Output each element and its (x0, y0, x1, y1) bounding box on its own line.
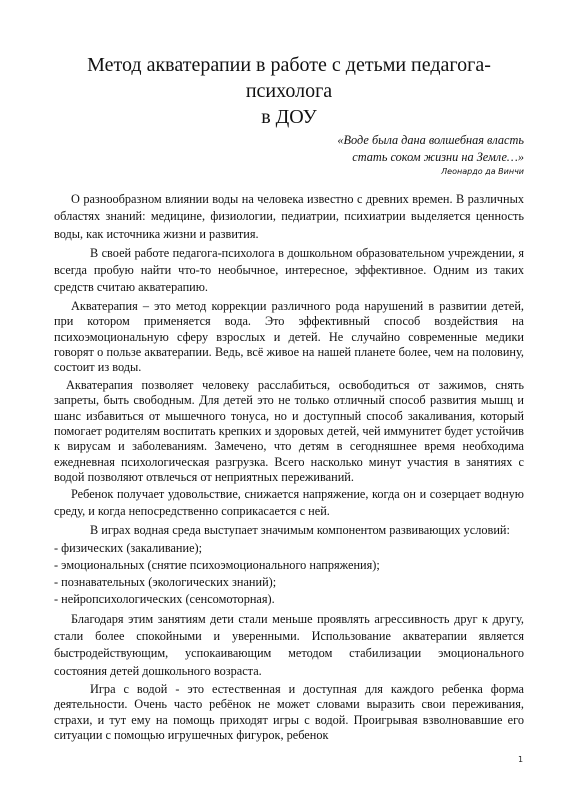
paragraph-8: Игра с водой - это естественная и доступ… (54, 682, 524, 744)
paragraph-5: Ребенок получает удовольствие, снижается… (54, 486, 524, 521)
list-item: - нейропсихологических (сенсомоторная). (54, 591, 524, 608)
paragraph-1: О разнообразном влиянии воды на человека… (54, 191, 524, 243)
epigraph-author: Леонардо да Винчи (54, 165, 524, 179)
page-number: 1 (518, 755, 523, 764)
list-item: - физических (закаливание); (54, 540, 524, 557)
document-title: Метод акватерапии в работе с детьми педа… (54, 52, 524, 130)
title-line-2: в ДОУ (261, 106, 317, 128)
conditions-list: - физических (закаливание); - эмоциональ… (54, 540, 524, 609)
list-item: - познавательных (экологических знаний); (54, 574, 524, 591)
paragraph-2: В своей работе педагога-психолога в дошк… (54, 245, 524, 297)
epigraph-line-2: стать соком жизни на Земле…» (54, 149, 524, 166)
list-item: - эмоциональных (снятие психоэмоциональн… (54, 557, 524, 574)
epigraph: «Воде была дана волшебная власть стать с… (54, 132, 524, 165)
paragraph-6: В играх водная среда выступает значимым … (54, 522, 524, 539)
paragraph-4: Акватерапия позволяет человеку расслабит… (54, 378, 524, 486)
paragraph-3: Акватерапия – это метод коррекции различ… (54, 299, 524, 376)
epigraph-line-1: «Воде была дана волшебная власть (54, 132, 524, 149)
title-line-1: Метод акватерапии в работе с детьми педа… (87, 54, 491, 102)
paragraph-7: Благодаря этим занятиям дети стали меньш… (54, 611, 524, 680)
document-page: Метод акватерапии в работе с детьми педа… (0, 0, 566, 800)
page-content: Метод акватерапии в работе с детьми педа… (54, 52, 524, 744)
